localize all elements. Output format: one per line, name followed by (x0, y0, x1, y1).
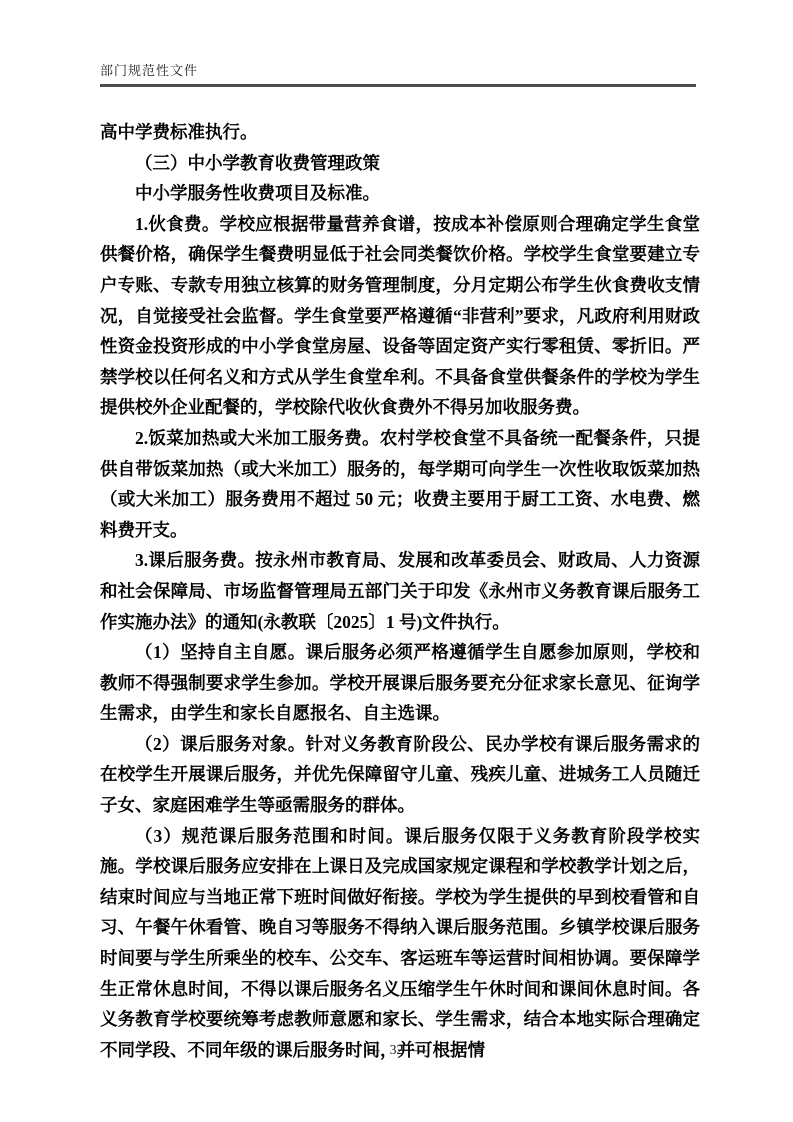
paragraph-sub-1: （1）坚持自主自愿。课后服务必须严格遵循学生自愿参加原则，学校和教师不得强制要求… (100, 637, 700, 729)
paragraph-item-2: 2.饭菜加热或大米加工服务费。农村学校食堂不具备统一配餐条件，只提供自带饭菜加热… (100, 423, 700, 545)
paragraph-sub-3: （3）规范课后服务范围和时间。课后服务仅限于义务教育阶段学校实施。学校课后服务应… (100, 821, 700, 1066)
paragraph-item-1: 1.伙食费。学校应根据带量营养食谱，按成本补偿原则合理确定学生食堂供餐价格，确保… (100, 209, 700, 423)
page-number: 32 (390, 1042, 404, 1057)
paragraph-sub-2: （2）课后服务对象。针对义务教育阶段公、民办学校有课后服务需求的在校学生开展课后… (100, 729, 700, 821)
section-heading: （三）中小学教育收费管理政策 (100, 148, 700, 179)
document-body: 高中学费标准执行。 （三）中小学教育收费管理政策 中小学服务性收费项目及标准。 … (100, 117, 700, 1065)
footer-left-dash: — (366, 1042, 380, 1058)
page-header: 部门规范性文件 (100, 60, 696, 87)
subsection-heading: 中小学服务性收费项目及标准。 (100, 178, 700, 209)
header-label: 部门规范性文件 (100, 63, 198, 78)
paragraph-item-3: 3.课后服务费。按永州市教育局、发展和改革委员会、财政局、人力资源和社会保障局、… (100, 545, 700, 637)
page-footer: —32— (0, 1042, 793, 1058)
paragraph-continuation: 高中学费标准执行。 (100, 117, 700, 148)
footer-right-dash: — (413, 1042, 427, 1058)
document-page: 部门规范性文件 高中学费标准执行。 （三）中小学教育收费管理政策 中小学服务性收… (0, 0, 793, 1122)
